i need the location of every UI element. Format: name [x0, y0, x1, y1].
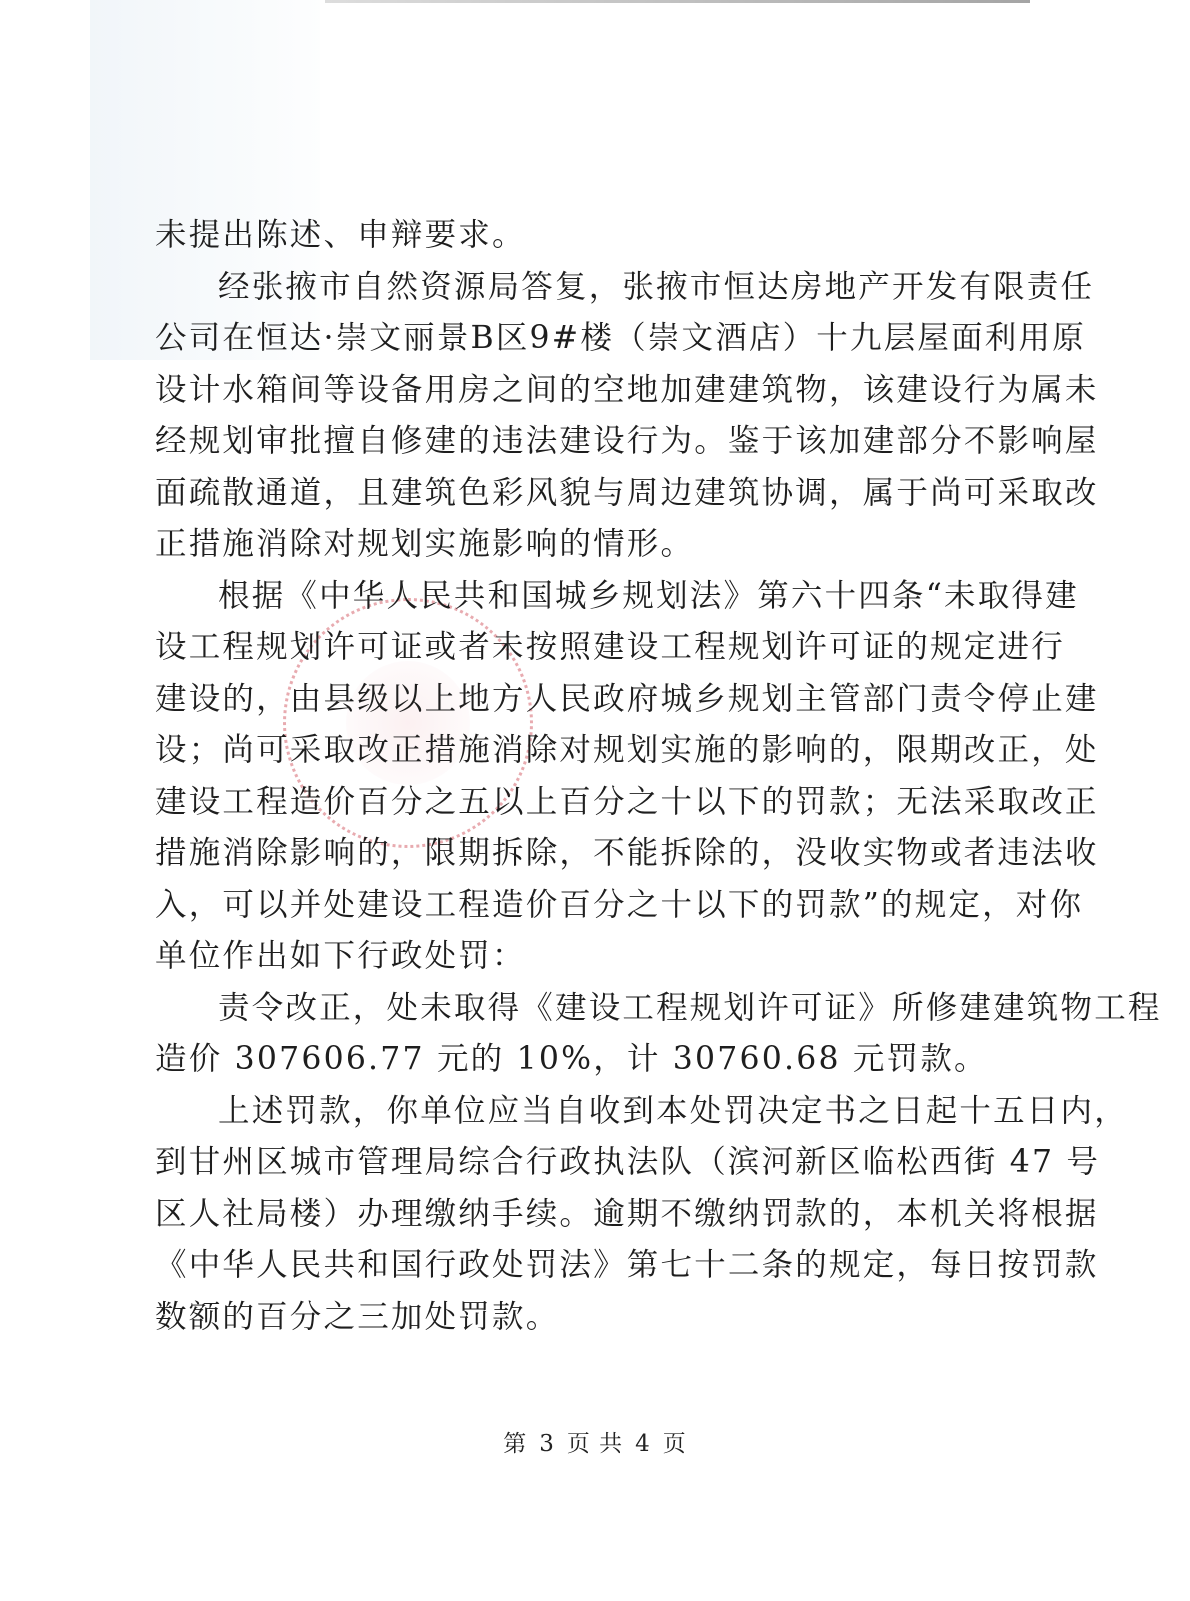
text-line: 到甘州区城市管理局综合行政执法队（滨河新区临松西街 47 号: [155, 1137, 965, 1189]
text-line: 入，可以并处建设工程造价百分之十以下的罚款”的规定，对你: [155, 880, 965, 932]
total-pages-number: 4: [635, 1431, 651, 1457]
text-line: 上述罚款，你单位应当自收到本处罚决定书之日起十五日内，: [155, 1086, 965, 1138]
text-line: 根据《中华人民共和国城乡规划法》第六十四条“未取得建: [155, 571, 965, 623]
text-line: 建设的，由县级以上地方人民政府城乡规划主管部门责令停止建: [155, 674, 965, 726]
text-line: 未提出陈述、申辩要求。: [155, 210, 965, 262]
text-line: 设工程规划许可证或者未按照建设工程规划许可证的规定进行: [155, 622, 965, 674]
text-line: 《中华人民共和国行政处罚法》第七十二条的规定，每日按罚款: [155, 1240, 965, 1292]
text-line: 设计水箱间等设备用房之间的空地加建建筑物，该建设行为属未: [155, 365, 965, 417]
text-line: 措施消除影响的，限期拆除，不能拆除的，没收实物或者违法收: [155, 828, 965, 880]
text-line: 数额的百分之三加处罚款。: [155, 1292, 965, 1344]
text-line: 责令改正，处未取得《建设工程规划许可证》所修建建筑物工程: [155, 983, 965, 1035]
page-number-footer: 第3页 共4页: [0, 1425, 1190, 1458]
current-page-number: 3: [539, 1431, 555, 1457]
text-line: 区人社局楼）办理缴纳手续。逾期不缴纳罚款的，本机关将根据: [155, 1189, 965, 1241]
text-line: 单位作出如下行政处罚：: [155, 931, 965, 983]
footer-suffix: 页: [663, 1431, 687, 1457]
footer-prefix: 第: [503, 1431, 527, 1457]
text-line: 公司在恒达·崇文丽景B区9#楼（崇文酒店）十九层屋面利用原: [155, 313, 965, 365]
text-line: 经张掖市自然资源局答复，张掖市恒达房地产开发有限责任: [155, 262, 965, 314]
penalty-amount-line: 造价 307606.77 元的 10%，计 30760.68 元罚款。: [155, 1034, 965, 1086]
text-line: 面疏散通道，且建筑色彩风貌与周边建筑协调，属于尚可采取改: [155, 468, 965, 520]
text-line: 正措施消除对规划实施影响的情形。: [155, 519, 965, 571]
text-line: 经规划审批擅自修建的违法建设行为。鉴于该加建部分不影响屋: [155, 416, 965, 468]
footer-middle: 页 共: [567, 1431, 623, 1457]
document-body: 未提出陈述、申辩要求。 经张掖市自然资源局答复，张掖市恒达房地产开发有限责任 公…: [155, 210, 965, 1343]
text-line: 设；尚可采取改正措施消除对规划实施的影响的，限期改正，处: [155, 725, 965, 777]
scan-edge-artifact: [325, 0, 1030, 3]
text-line: 建设工程造价百分之五以上百分之十以下的罚款；无法采取改正: [155, 777, 965, 829]
